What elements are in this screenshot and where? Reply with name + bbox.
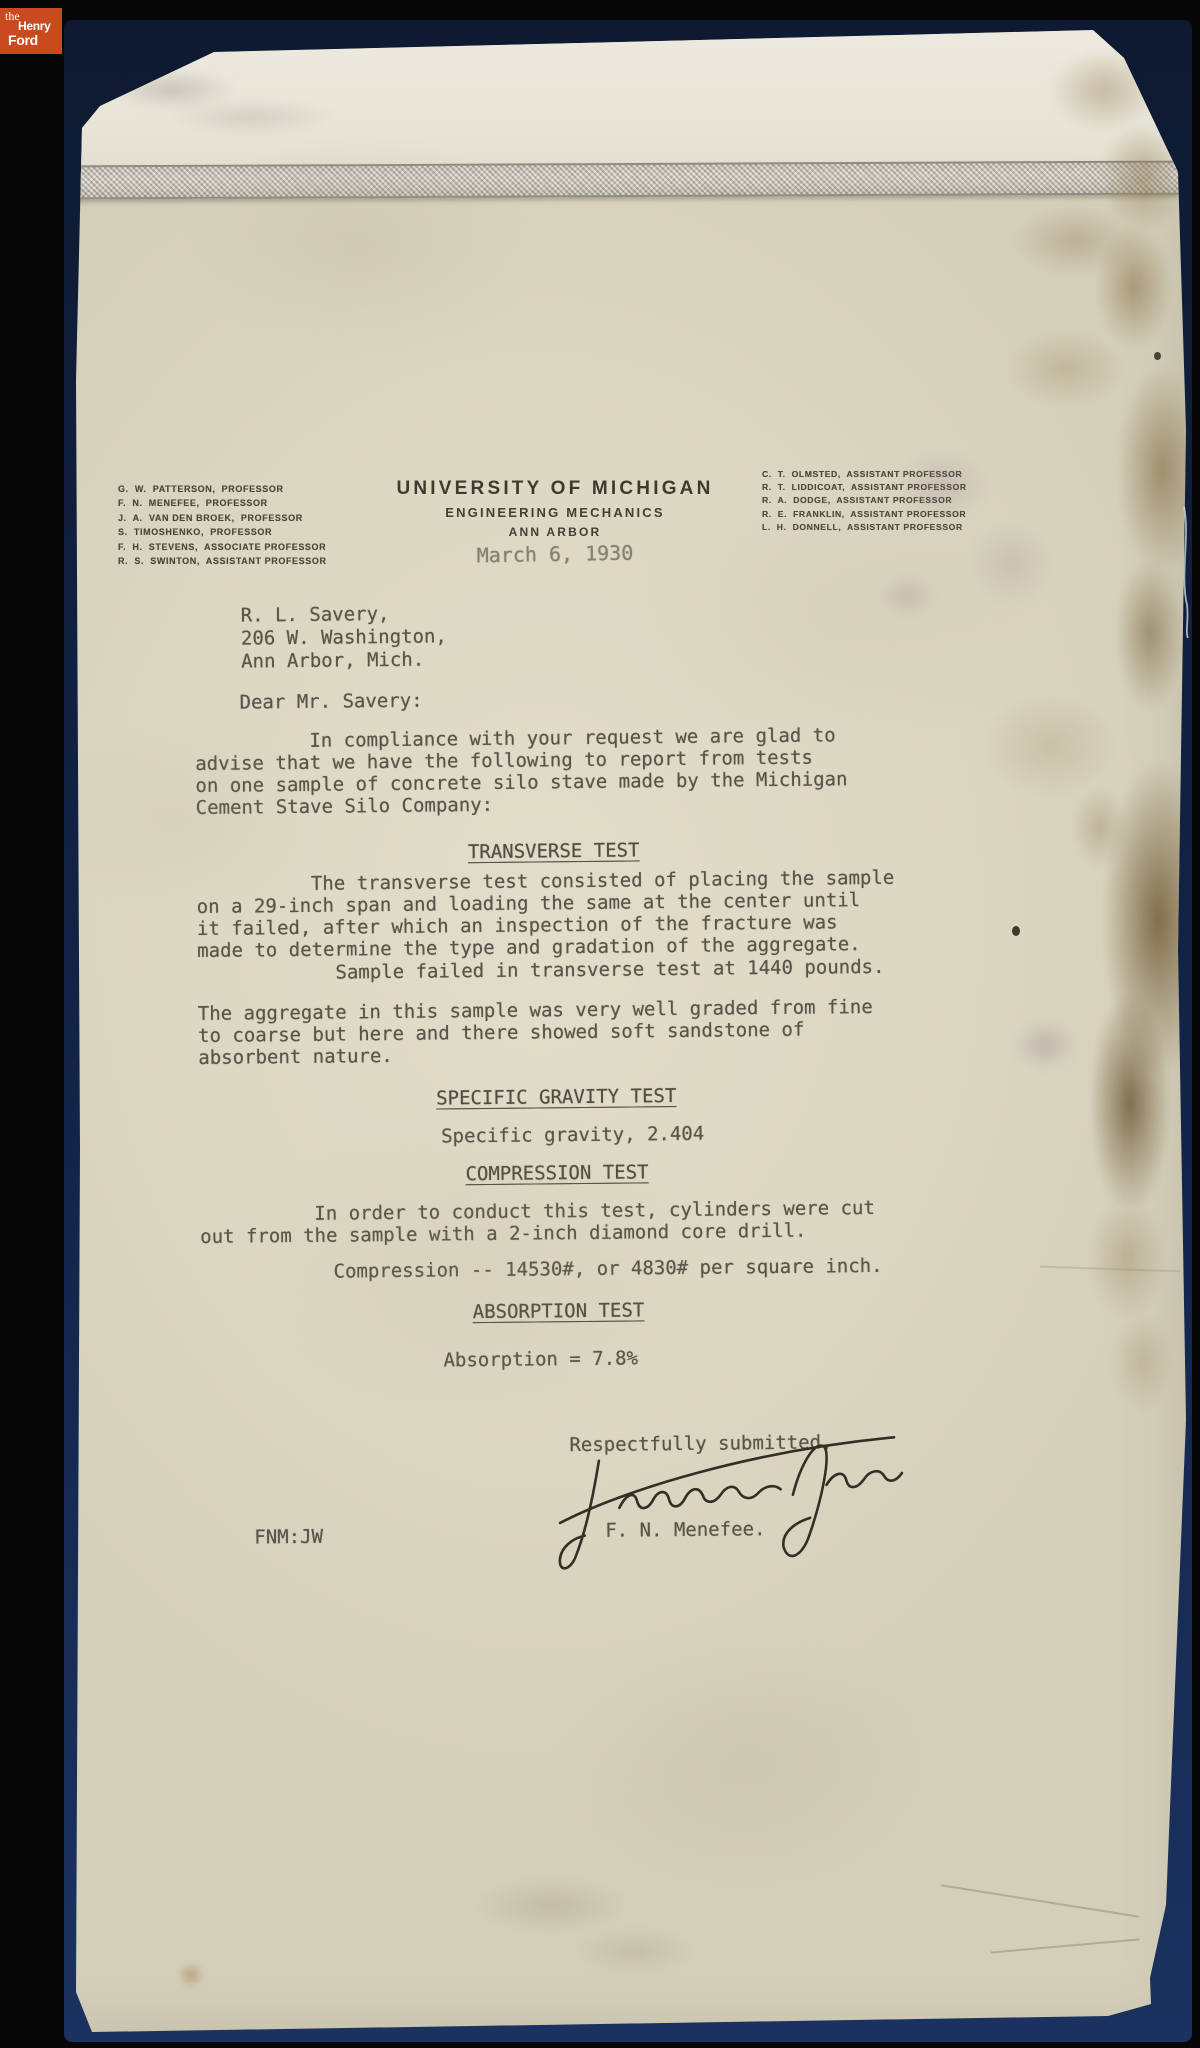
archive-logo-line2: Ford <box>8 32 38 48</box>
line-compression-result: Compression -- 14530#, or 4830# per squa… <box>333 1255 882 1283</box>
paragraph-intro: In compliance with your request we are g… <box>195 724 848 819</box>
paragraph-compression: In order to conduct this test, cylinders… <box>200 1197 875 1248</box>
reference-initials: FNM:JW <box>254 1526 323 1549</box>
section-heading-absorption: ABSORPTION TEST <box>201 1297 916 1326</box>
recipient-address: R. L. Savery, 206 W. Washington, Ann Arb… <box>241 602 448 673</box>
line-transverse-result: Sample failed in transverse test at 1440… <box>335 956 884 984</box>
scan-stage: G. W. PATTERSON, PROFESSOR F. N. MENEFEE… <box>0 0 1200 2048</box>
paragraph-transverse: The transverse test consisted of placing… <box>196 867 895 962</box>
archive-logo: the Henry Ford <box>0 8 62 54</box>
section-heading-specific-gravity: SPECIFIC GRAVITY TEST <box>199 1083 914 1112</box>
section-heading-transverse: TRANSVERSE TEST <box>196 837 911 866</box>
thread-fiber <box>1176 505 1196 640</box>
letter-paper: G. W. PATTERSON, PROFESSOR F. N. MENEFEE… <box>0 0 1200 2048</box>
line-specific-gravity-result: Specific gravity, 2.404 <box>441 1123 704 1148</box>
line-absorption-result: Absorption = 7.8% <box>443 1347 638 1371</box>
signature-ink <box>535 1418 925 1578</box>
typed-body: R. L. Savery, 206 W. Washington, Ann Arb… <box>0 0 1200 2048</box>
archive-logo-line1: Henry <box>18 19 51 33</box>
paragraph-aggregate: The aggregate in this sample was very we… <box>198 996 874 1069</box>
salutation: Dear Mr. Savery: <box>239 690 422 714</box>
section-heading-compression: COMPRESSION TEST <box>199 1159 914 1188</box>
